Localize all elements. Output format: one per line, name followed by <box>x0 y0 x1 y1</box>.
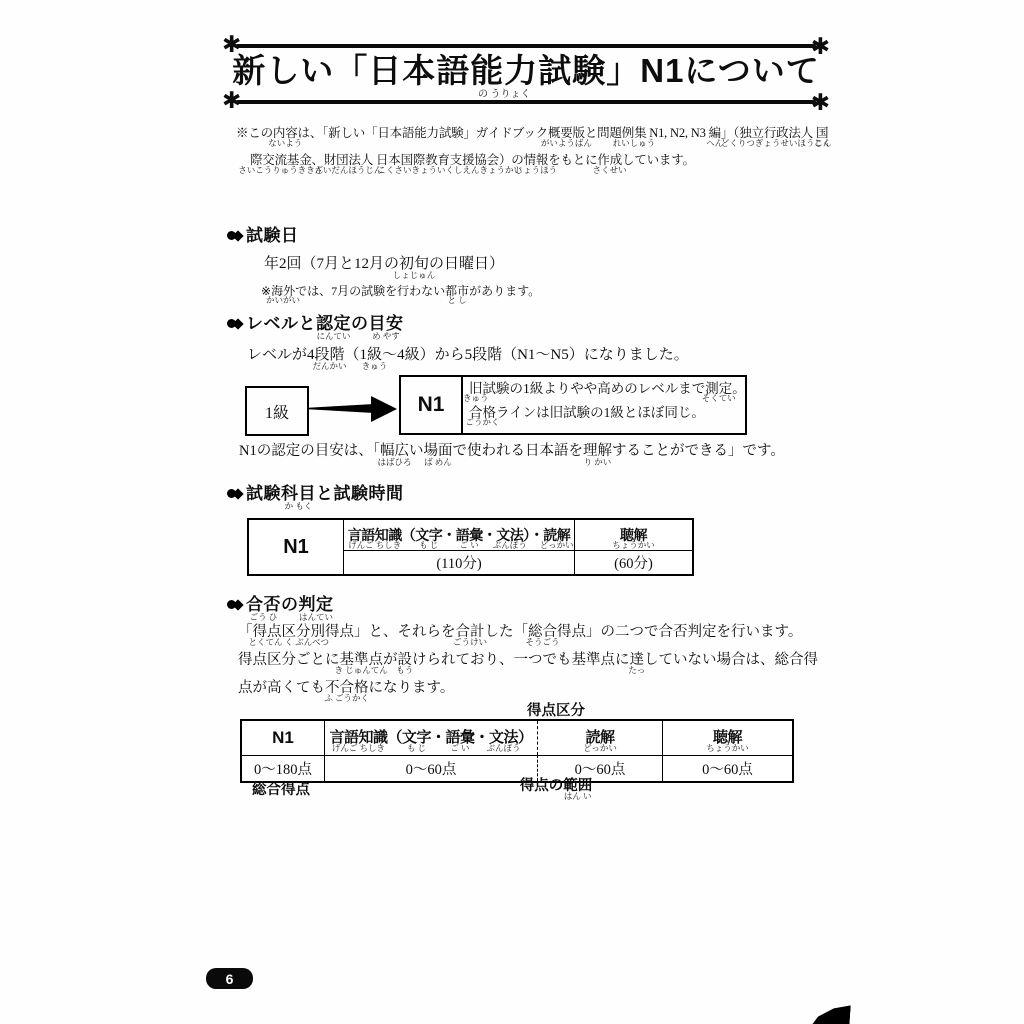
score-table-listening-header: 聴解ちょうかい <box>662 721 792 755</box>
level-arrow-icon <box>308 396 398 422</box>
heading-exam-date: 試験日 <box>227 226 299 246</box>
subjects-table-listening-header: 聴解ちょうかい <box>574 520 692 550</box>
title-rule-top <box>236 44 816 48</box>
judgement-paragraph: 「得点区分別とくてん く ぶんべつ得点」と、それらを合計ごうけいした「総合そうご… <box>238 624 838 708</box>
asterisk-icon: ✱ <box>222 90 241 112</box>
score-table: N1 言語知識げんご ちしき（文字も じ・語彙ご い・文法ぶんぽう） 読解どっか… <box>240 719 794 783</box>
new-level-desc-line-2: 合格ごうかくラインは旧試験の1級とほぼ同じ。 <box>469 405 746 420</box>
exam-date-body: 年2回（7月と12月の初旬しょじゅんの日曜日） <box>264 256 504 273</box>
heading-exam-date-text: 試験日 <box>246 226 299 246</box>
section-bullet-icon <box>227 600 242 609</box>
subjects-table: N1 言語知識げんご ちしき（文字も じ・語彙ご い・文法ぶんぽう）・読解どっか… <box>247 518 694 576</box>
subjects-table-language-time: (110分) <box>343 550 574 574</box>
score-range-caption: 得点の範囲はん い <box>322 778 790 794</box>
title-block: ✱ ✱ 新しい「日本語能力の うりょく試験」N1について ✱ ✱ <box>228 34 824 136</box>
subjects-table-level: N1 <box>249 520 343 574</box>
exam-date-note: ※海外かいがいでは、7月の試験を行わない都市と しがあります。 <box>261 284 540 298</box>
page-corner-mark <box>809 1003 851 1024</box>
new-level-label: N1 <box>401 377 463 433</box>
asterisk-icon: ✱ <box>811 92 830 114</box>
judgement-line-1: 「得点区分別とくてん く ぶんべつ得点」と、それらを合計ごうけいした「総合そうご… <box>238 624 838 640</box>
title-rule-bottom <box>236 100 816 104</box>
old-level-box: 1級 <box>245 386 309 436</box>
new-level-desc-line-1: 旧きゅう試験の1級よりやや高めのレベルまで測定そくてい。 <box>469 381 746 396</box>
heading-judgement: 合否ごう ひの判定はんてい <box>227 595 334 615</box>
intro-paragraph: ※この内容ないようは、「新しい「日本語能力試験」ガイドブック概要版がいようばんと… <box>236 126 856 180</box>
heading-levels: レベルと認定にんていの目安め やす <box>227 314 404 334</box>
old-level-label: 1級 <box>265 400 289 423</box>
heading-subjects: 試験科目か もくと試験時間 <box>227 484 404 504</box>
heading-subjects-text: 試験科目か もくと試験時間 <box>246 484 404 504</box>
score-category-caption: 得点区分 <box>322 699 790 720</box>
subjects-table-listening-time: (60分) <box>574 550 692 574</box>
page-number: 6 <box>226 971 234 987</box>
score-table-reading-header: 読解どっかい <box>537 721 662 755</box>
section-bullet-icon <box>227 489 242 498</box>
section-bullet-icon <box>227 319 242 328</box>
judgement-line-3: 点が高くても不合格ふ ごうかくになります。 <box>238 680 838 696</box>
section-bullet-icon <box>227 231 242 240</box>
heading-judgement-text: 合否ごう ひの判定はんてい <box>246 595 334 615</box>
page-number-badge: 6 <box>206 968 253 989</box>
score-table-level: N1 <box>242 721 324 755</box>
page-title: 新しい「日本語能力の うりょく試験」N1について <box>228 50 824 92</box>
judgement-line-2: 得点区分ごとに基準点き じゅんてんが設もうけられており、一つでも基準点に達たっし… <box>238 652 838 668</box>
total-score-caption: 総合得点 <box>240 778 322 799</box>
intro-line-2: 際交流基金さいこうりゅうききん、財団法人ざいだんほうじん 日本国際教育支援協会こ… <box>250 153 856 168</box>
subjects-table-language-header: 言語知識げんご ちしき（文字も じ・語彙ご い・文法ぶんぽう）・読解どっかい <box>343 520 574 550</box>
new-level-description: 旧きゅう試験の1級よりやや高めのレベルまで測定そくてい。 合格ごうかくラインは旧… <box>463 377 748 433</box>
levels-closing: N1の認定の目安は、「幅広はばひろい場面ば めんで使われる日本語を理解り かいす… <box>239 443 785 460</box>
intro-line-1: ※この内容ないようは、「新しい「日本語能力試験」ガイドブック概要版がいようばんと… <box>236 126 856 141</box>
new-level-box: N1 旧きゅう試験の1級よりやや高めのレベルまで測定そくてい。 合格ごうかくライ… <box>399 375 747 435</box>
heading-levels-text: レベルと認定にんていの目安め やす <box>246 314 404 334</box>
scanned-document-page: ✱ ✱ 新しい「日本語能力の うりょく試験」N1について ✱ ✱ ※この内容ない… <box>0 0 1024 1024</box>
score-table-language-header: 言語知識げんご ちしき（文字も じ・語彙ご い・文法ぶんぽう） <box>324 721 537 755</box>
levels-body: レベルが4段階だんかい（1級きゅう～4級）から5段階（N1～N5）になりました。 <box>247 347 689 364</box>
